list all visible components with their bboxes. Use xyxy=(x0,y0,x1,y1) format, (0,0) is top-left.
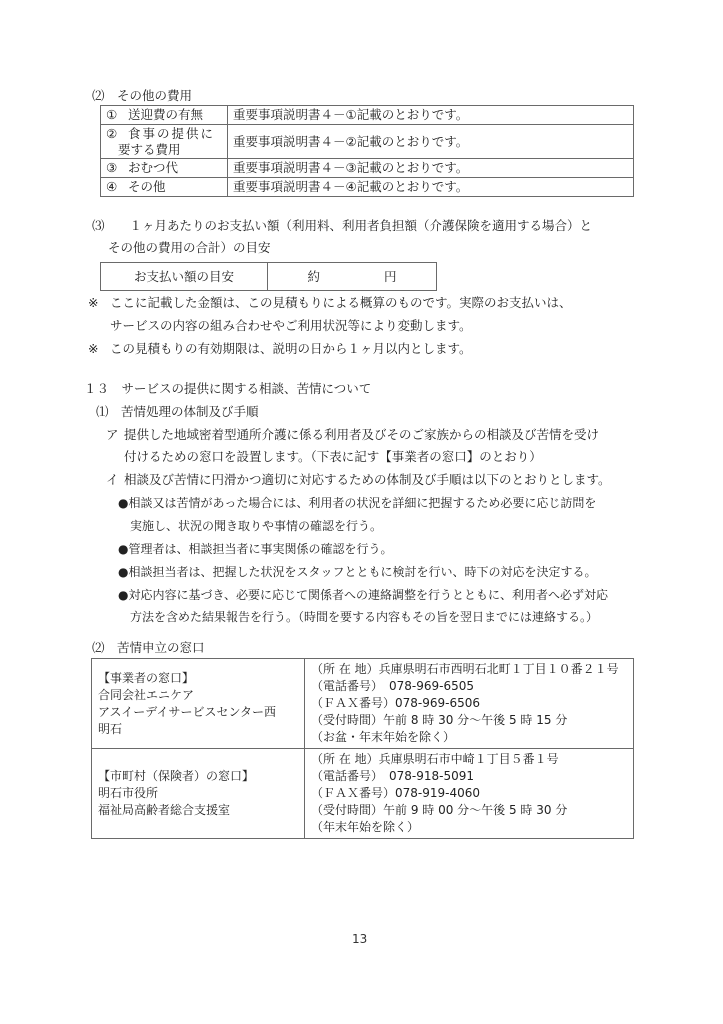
item-a-text: 提供した地域密着型通所介護に係る利用者及びそのご家族からの相談及び苦情を受け xyxy=(124,427,599,443)
fee-row: ③おむつ代 重要事項説明書４－③記載のとおりです。 xyxy=(101,159,634,178)
contact-detail-cell: （所 在 地）兵庫県明石市中崎１丁目５番１号 （電話番号） 078-918-50… xyxy=(305,749,634,839)
contact-name-cell: 【事業者の窓口】 合同会社エニケア アスイーデイサービスセンター西 明石 xyxy=(92,659,305,749)
complaint-contacts-table: 【事業者の窓口】 合同会社エニケア アスイーデイサービスセンター西 明石 （所 … xyxy=(91,658,634,839)
amount-unit: 円 xyxy=(384,269,397,284)
fee-label-cell: ①送迎費の有無 xyxy=(101,106,228,125)
complaint-contacts-heading: ⑵ 苦情申立の窓口 xyxy=(92,640,205,656)
procedure-bullet: ●対応内容に基づき、必要に応じて関係者への連絡調整を行うとともに、利用者へ必ず対… xyxy=(118,587,608,603)
procedure-bullet: ●管理者は、相談担当者に事実関係の確認を行う。 xyxy=(118,541,392,557)
payment-amount-cell: 約 円 xyxy=(268,263,437,291)
note-text: ここに記載した金額は、この見積もりによる概算のものです。実際のお支払いは、 xyxy=(110,295,572,311)
payment-estimate-table: お支払い額の目安 約 円 xyxy=(100,262,437,291)
contact-fax: （ＦＡＸ番号）078-919-4060 xyxy=(311,785,627,802)
item-i-text: 相談及び苦情に円滑かつ適切に対応するための体制及び手順は以下のとおりとします。 xyxy=(124,472,611,488)
item-i-mark: イ xyxy=(106,472,119,488)
procedure-bullet-cont: 実施し、状況の聞き取りや事情の確認を行う。 xyxy=(130,518,382,534)
contact-phone: （電話番号） 078-918-5091 xyxy=(311,768,627,785)
other-fees-table: ①送迎費の有無 重要事項説明書４－①記載のとおりです。 ②食事の提供に要する費用… xyxy=(100,105,634,197)
section-13-heading: １３ サービスの提供に関する相談、苦情について xyxy=(84,381,371,397)
contact-phone: （電話番号） 078-969-6505 xyxy=(311,678,627,695)
complaint-process-heading: ⑴ 苦情処理の体制及び手順 xyxy=(96,404,259,420)
fee-label-cell: ③おむつ代 xyxy=(101,159,228,178)
fee-label-cell: ④その他 xyxy=(101,178,228,197)
contact-fax: （ＦＡＸ番号）078-969-6506 xyxy=(311,695,627,712)
procedure-bullet: ●相談又は苦情があった場合には、利用者の状況を詳細に把握するため必要に応じ訪問を xyxy=(118,495,596,511)
fee-row: ④その他 重要事項説明書４－④記載のとおりです。 xyxy=(101,178,634,197)
procedure-bullet-cont: 方法を含めた結果報告を行う。（時間を要する内容もその旨を翌日までには連絡する。） xyxy=(130,609,598,625)
contact-hours: （受付時間）午前 8 時 30 分～午後 5 時 15 分 xyxy=(311,712,627,729)
fee-value-cell: 重要事項説明書４－①記載のとおりです。 xyxy=(228,106,634,125)
monthly-estimate-heading-cont: その他の費用の合計）の目安 xyxy=(108,240,271,256)
fee-value-cell: 重要事項説明書４－③記載のとおりです。 xyxy=(228,159,634,178)
monthly-estimate-heading: ⑶ １ヶ月あたりのお支払い額（利用料、利用者負担額（介護保険を適用する場合）と xyxy=(92,218,592,234)
contact-hours: （受付時間）午前 9 時 00 分～午後 5 時 30 分 xyxy=(311,802,627,819)
contact-holidays: （年末年始を除く） xyxy=(311,819,627,836)
contact-address: （所 在 地）兵庫県明石市中崎１丁目５番１号 xyxy=(311,751,627,768)
contact-address: （所 在 地）兵庫県明石市西明石北町１丁目１０番２１号 xyxy=(311,661,627,678)
note-text-cont: サービスの内容の組み合わせやご利用状況等により変動します。 xyxy=(110,318,472,334)
fee-row: ②食事の提供に要する費用 重要事項説明書４－②記載のとおりです。 xyxy=(101,125,634,159)
other-fees-heading: ⑵ その他の費用 xyxy=(92,88,192,104)
note-mark: ※ xyxy=(88,295,98,311)
note-text: この見積もりの有効期限は、説明の日から１ヶ月以内とします。 xyxy=(110,341,472,357)
payment-row: お支払い額の目安 約 円 xyxy=(101,263,437,291)
contact-holidays: （お盆・年末年始を除く） xyxy=(311,729,627,746)
contact-detail-cell: （所 在 地）兵庫県明石市西明石北町１丁目１０番２１号 （電話番号） 078-9… xyxy=(305,659,634,749)
fee-value-cell: 重要事項説明書４－②記載のとおりです。 xyxy=(228,125,634,159)
fee-row: ①送迎費の有無 重要事項説明書４－①記載のとおりです。 xyxy=(101,106,634,125)
item-a-text-cont: 付けるための窓口を設置します。（下表に記す【事業者の窓口】のとおり） xyxy=(124,449,542,465)
payment-label: お支払い額の目安 xyxy=(101,263,268,291)
amount-prefix: 約 xyxy=(308,269,321,284)
fee-label-cell: ②食事の提供に要する費用 xyxy=(101,125,228,159)
fee-value-cell: 重要事項説明書４－④記載のとおりです。 xyxy=(228,178,634,197)
note-mark: ※ xyxy=(88,341,98,357)
page-number: 13 xyxy=(352,932,367,946)
contact-row-municipality: 【市町村（保険者）の窓口】 明石市役所 福祉局高齢者総合支援室 （所 在 地）兵… xyxy=(92,749,634,839)
contact-row-provider: 【事業者の窓口】 合同会社エニケア アスイーデイサービスセンター西 明石 （所 … xyxy=(92,659,634,749)
item-a-mark: ア xyxy=(106,427,119,443)
procedure-bullet: ●相談担当者は、把握した状況をスタッフとともに検討を行い、時下の対応を決定する。 xyxy=(118,564,596,580)
contact-name-cell: 【市町村（保険者）の窓口】 明石市役所 福祉局高齢者総合支援室 xyxy=(92,749,305,839)
